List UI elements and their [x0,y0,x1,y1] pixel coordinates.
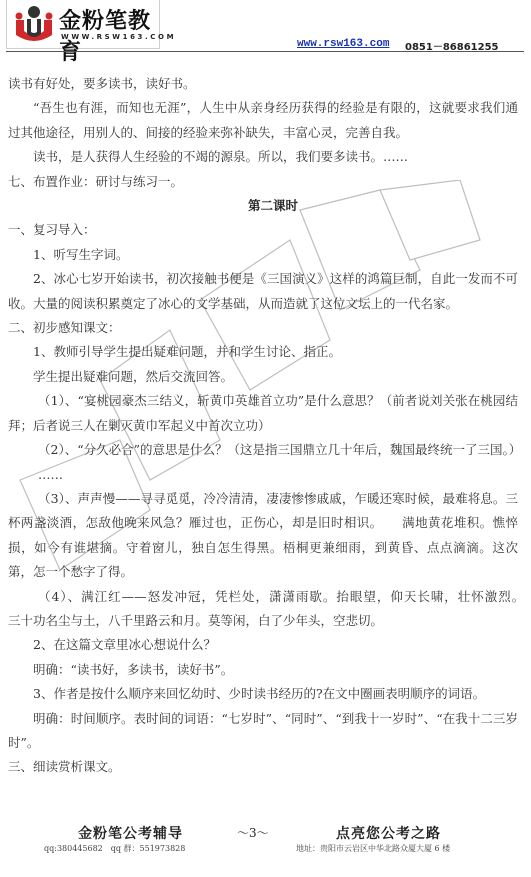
paragraph: 1、听写生字词。 [8,243,518,267]
ellipsis: …… [8,463,518,487]
site-link[interactable]: www.rsw163.com [297,38,389,50]
paragraph: 明确：“读书好，多读书，读好书”。 [8,658,518,682]
logo-icon [14,5,54,43]
page-footer: 金粉笔公考辅导 qq:380445682 qq 群：551973828 ～3～ … [0,820,531,860]
section-heading: 七、布置作业：研讨与练习一。 [8,170,518,194]
footer-contact: qq:380445682 qq 群：551973828 [44,843,185,854]
page-header: 金粉笔教育 WWW.RSW163.COM www.rsw163.com 0851… [0,0,531,56]
lesson-title: 第二课时 [8,194,518,218]
paragraph: 2、冰心七岁开始读书，初次接触书便是《三国演义》这样的鸿篇巨制，自此一发而不可收… [8,267,518,316]
paragraph: 3、作者是按什么顺序来回忆幼时、少时读书经历的?在文中圈画表明顺序的词语。 [8,682,518,706]
paragraph: （1）、“宴桃园豪杰三结义，斩黄巾英雄首立功”是什么意思？（前者说刘关张在桃园结… [8,389,518,438]
poem-paragraph: （4）、满江红——怒发冲冠，凭栏处，潇潇雨歇。抬眼望，仰天长啸，壮怀激烈。 三十… [8,585,518,634]
paragraph: 学生提出疑难问题，然后交流回答。 [8,365,518,389]
footer-right-title: 点亮您公考之路 [336,823,441,843]
page-number: ～3～ [237,824,269,841]
section-heading: 一、复习导入： [8,218,518,242]
paragraph: 2、在这篇文章里冰心想说什么？ [8,633,518,657]
paragraph: 读书，是人获得人生经验的不竭的源泉。所以，我们要多读书。…… [8,145,518,169]
section-heading: 二、初步感知课文： [8,316,518,340]
section-heading: 三、细读赏析课文。 [8,755,518,779]
paragraph: 1、教师引导学生提出疑难问题，并和学生讨论、指正。 [8,340,518,364]
paragraph: “吾生也有涯，而知也无涯”，人生中从亲身经历获得的经验是有限的，这就要求我们通过… [8,96,518,145]
logo: 金粉笔教育 WWW.RSW163.COM [6,0,160,49]
poem-paragraph: （3）、声声慢——寻寻觅觅，冷冷清清，凄凄惨惨戚戚，乍暖还寒时候，最难将息。三杯… [8,487,518,585]
header-divider [6,51,524,52]
footer-left-title: 金粉笔公考辅导 [78,823,183,843]
paragraph: 明确：时间顺序。表时间的词语：“七岁时”、“同时”、“到我十一岁时”、“在我十二… [8,707,518,756]
logo-url: WWW.RSW163.COM [61,33,176,41]
document-body: 读书有好处，要多读书，读好书。 “吾生也有涯，而知也无涯”，人生中从亲身经历获得… [8,72,518,780]
paragraph: 读书有好处，要多读书，读好书。 [8,72,518,96]
paragraph: （2）、“分久必合”的意思是什么？（这是指三国鼎立几十年后，魏国最终统一了三国。… [8,438,518,462]
footer-address: 地址：贵阳市云岩区中华北路众厦大厦 6 楼 [296,843,450,854]
